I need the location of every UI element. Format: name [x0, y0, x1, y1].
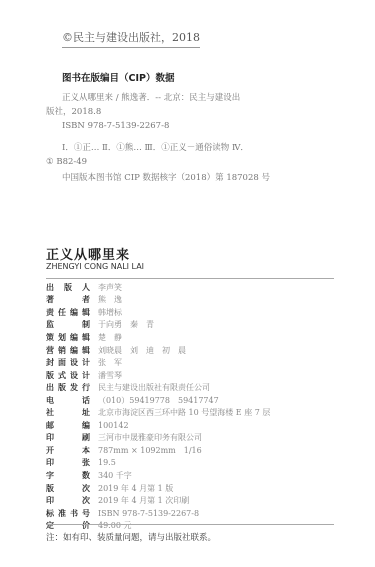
- info-row-edition: 版次2019 年 4 月第 1 版: [46, 482, 336, 495]
- info-row-address: 社址北京市海淀区西三环中路 10 号望海楼 E 座 7 层: [46, 406, 336, 419]
- cip-line: Ⅰ．①正… Ⅱ．①熊… Ⅲ．①正义－通俗读物 Ⅳ．: [46, 141, 296, 155]
- publication-info: 出版人李声笑 著者熊 逸 责任编辑韩增标 监制于向勇 秦 青 策划编辑楚 静 营…: [46, 281, 336, 532]
- info-value: 49.00 元: [98, 520, 131, 531]
- info-row-marketing-editor: 营销编辑刘晓晨 刘 迪 初 晨: [46, 344, 336, 357]
- info-label: 监制: [46, 319, 98, 330]
- info-row-editor: 责任编辑韩增标: [46, 306, 336, 319]
- divider: [46, 524, 334, 525]
- book-title: 正义从哪里来: [46, 244, 130, 263]
- cip-line: ① B82-49: [46, 155, 296, 169]
- info-value: 韩增标: [98, 307, 122, 318]
- info-label: 字数: [46, 470, 90, 481]
- info-value: 潘雪琴: [98, 370, 122, 381]
- info-row-postcode: 邮编100142: [46, 419, 336, 432]
- info-value: 100142: [98, 421, 129, 430]
- info-row-publisher-person: 出版人李声笑: [46, 281, 336, 294]
- info-value: 2019 年 4 月第 1 次印刷: [98, 495, 189, 506]
- info-row-author: 著者熊 逸: [46, 294, 336, 307]
- info-label: 标准书号: [46, 508, 98, 519]
- info-label: 策划编辑: [46, 332, 98, 343]
- info-value: 三河市中晟雅豪印务有限公司: [98, 432, 202, 443]
- info-value: （010）59419778 59417747: [98, 395, 219, 406]
- info-label: 邮编: [46, 420, 90, 431]
- info-row-sheets: 印张19.5: [46, 457, 336, 470]
- info-row-publisher: 出版发行民主与建设出版社有限责任公司: [46, 381, 336, 394]
- info-row-planning-editor: 策划编辑楚 静: [46, 331, 336, 344]
- info-label: 开本: [46, 445, 90, 456]
- info-row-phone: 电话（010）59419778 59417747: [46, 394, 336, 407]
- info-value: 于向勇 秦 青: [98, 319, 154, 330]
- divider: [46, 278, 334, 279]
- info-label: 定价: [46, 520, 90, 531]
- info-row-cover-design: 封面设计张 军: [46, 356, 336, 369]
- info-label: 印次: [46, 495, 90, 506]
- info-row-isbn: 标准书号ISBN 978-7-5139-2267-8: [46, 507, 336, 520]
- info-row-format: 开本787mm × 1092mm 1/16: [46, 444, 336, 457]
- cip-isbn: ISBN 978-7-5139-2267-8: [46, 119, 296, 133]
- info-value: ISBN 978-7-5139-2267-8: [98, 509, 199, 518]
- copyright-line: ©民主与建设出版社，2018: [62, 29, 200, 48]
- info-label: 印刷: [46, 432, 90, 443]
- info-label: 版式设计: [46, 370, 98, 381]
- cip-verification: 中国版本图书馆 CIP 数据核字（2018）第 187028 号: [62, 171, 270, 183]
- info-value: 787mm × 1092mm 1/16: [98, 445, 202, 456]
- quality-note: 注：如有印、装质量问题，请与出版社联系。: [46, 531, 216, 543]
- info-label: 版次: [46, 483, 90, 494]
- info-value: 2019 年 4 月第 1 版: [98, 483, 173, 494]
- info-row-printer: 印刷三河市中晟雅豪印务有限公司: [46, 432, 336, 445]
- info-label: 印张: [46, 457, 90, 468]
- info-row-impression: 印次2019 年 4 月第 1 次印刷: [46, 494, 336, 507]
- info-label: 著者: [46, 294, 98, 305]
- info-value: 刘晓晨 刘 迪 初 晨: [98, 345, 186, 356]
- info-row-word-count: 字数340 千字: [46, 469, 336, 482]
- cip-line: 版社，2018.8: [46, 105, 296, 119]
- info-label: 营销编辑: [46, 345, 98, 356]
- info-label: 责任编辑: [46, 307, 98, 318]
- info-value: 北京市海淀区西三环中路 10 号望海楼 E 座 7 层: [98, 407, 270, 418]
- cip-record: 正义从哪里来 / 熊逸著．-- 北京：民主与建设出 版社，2018.8 ISBN…: [46, 91, 296, 169]
- info-value: 340 千字: [98, 470, 132, 481]
- info-value: 民主与建设出版社有限责任公司: [98, 382, 210, 393]
- cip-heading: 图书在版编目（CIP）数据: [62, 70, 174, 84]
- info-row-layout-design: 版式设计潘雪琴: [46, 369, 336, 382]
- info-value: 楚 静: [98, 332, 122, 343]
- info-label: 封面设计: [46, 357, 98, 368]
- info-label: 出版人: [46, 282, 98, 293]
- info-value: 熊 逸: [98, 294, 122, 305]
- info-value: 张 军: [98, 357, 122, 368]
- book-title-pinyin: ZHENGYI CONG NALI LAI: [46, 262, 144, 271]
- info-row-supervisor: 监制于向勇 秦 青: [46, 319, 336, 332]
- info-label: 出版发行: [46, 382, 98, 393]
- info-value: 李声笑: [98, 282, 122, 293]
- info-value: 19.5: [98, 458, 116, 467]
- info-label: 社址: [46, 407, 90, 418]
- cip-line: 正义从哪里来 / 熊逸著．-- 北京：民主与建设出: [46, 91, 296, 105]
- info-label: 电话: [46, 395, 90, 406]
